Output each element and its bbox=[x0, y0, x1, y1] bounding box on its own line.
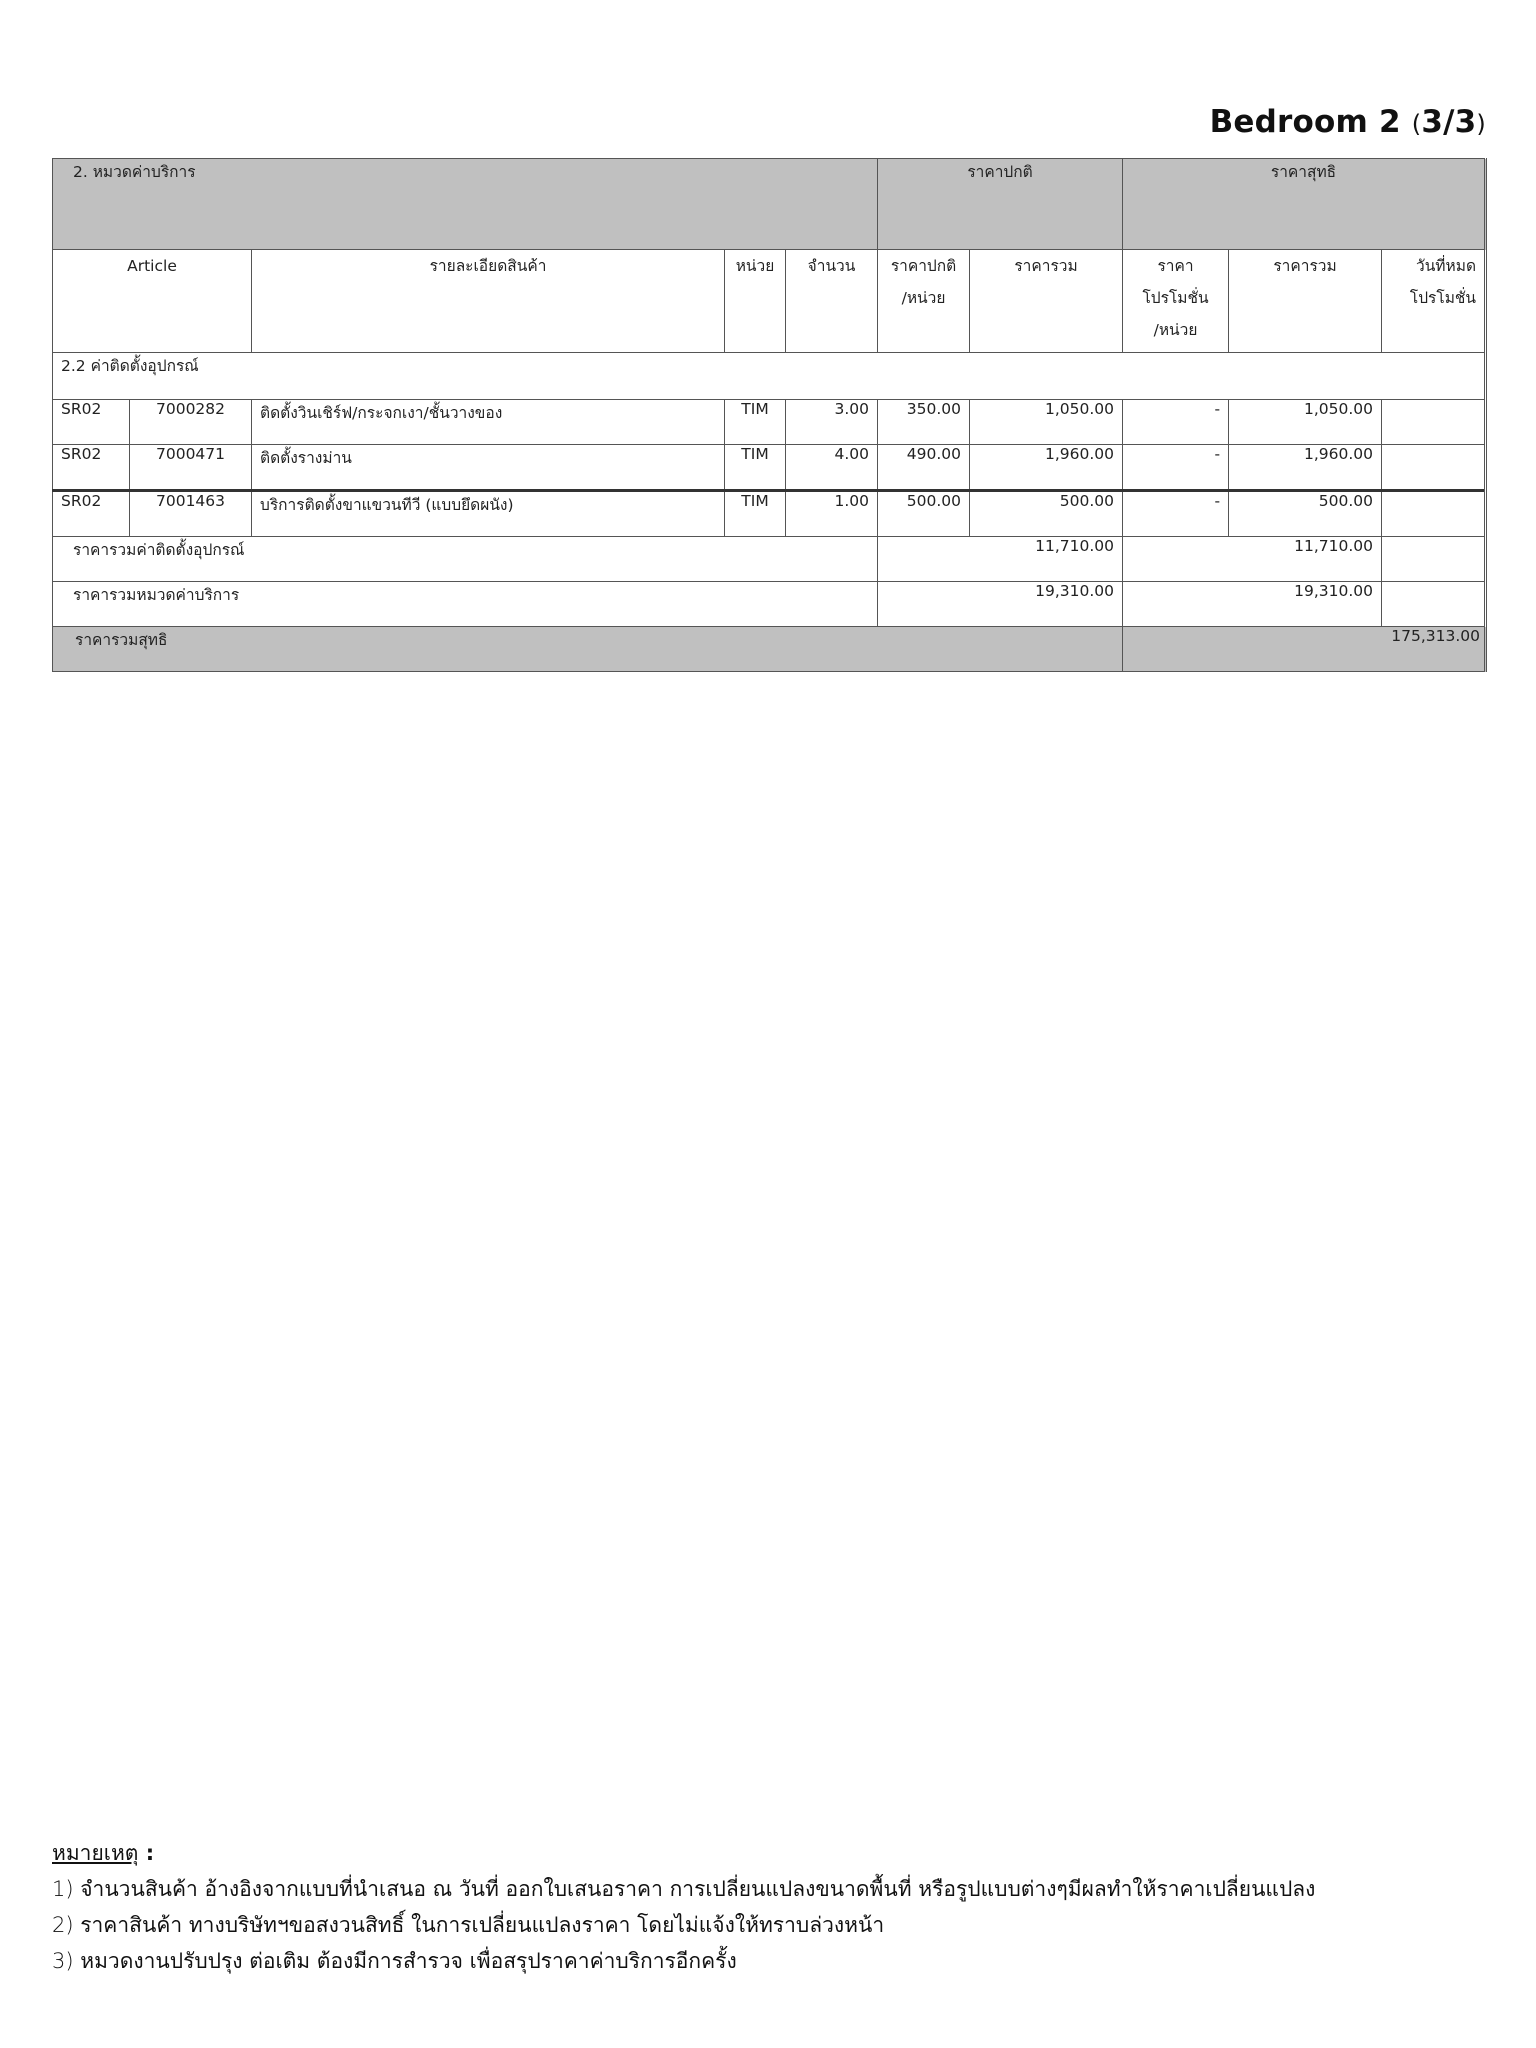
col-regular-unit-price: ราคาปกติ/หน่วย bbox=[878, 250, 970, 353]
col-quantity: จำนวน bbox=[786, 250, 878, 353]
notes: หมายเหตุ : 1) จำนวนสินค้า อ้างอิงจากแบบท… bbox=[52, 1835, 1315, 1979]
table-column-header-row: Article รายละเอียดสินค้า หน่วย จำนวน ราค… bbox=[53, 250, 1486, 353]
col-article: Article bbox=[53, 250, 252, 353]
notes-title: หมายเหตุ bbox=[52, 1841, 138, 1865]
col-promo-end: วันที่หมดโปรโมชั่น bbox=[1382, 250, 1486, 353]
subtotal-service-row: ราคารวมหมวดค่าบริการ 19,310.00 19,310.00 bbox=[53, 582, 1486, 627]
room-name: Bedroom 2 bbox=[1210, 104, 1401, 140]
note-item: 1) จำนวนสินค้า อ้างอิงจากแบบที่นำเสนอ ณ … bbox=[52, 1871, 1315, 1907]
col-unit: หน่วย bbox=[725, 250, 786, 353]
table-row: SR02 7000471 ติดตั้งรางม่าน TIM 4.00 490… bbox=[53, 445, 1486, 491]
note-item: 3) หมวดงานปรับปรุง ต่อเติม ต้องมีการสำรว… bbox=[52, 1943, 1315, 1979]
note-item: 2) ราคาสินค้า ทางบริษัทฯขอสงวนสิทธิ์ ในก… bbox=[52, 1907, 1315, 1943]
section-title: 2. หมวดค่าบริการ bbox=[53, 159, 878, 250]
grand-total-row: ราคารวมสุทธิ 175,313.00 bbox=[53, 627, 1486, 672]
table-row: SR02 7001463 บริการติดตั้งขาแขวนทีวี (แบ… bbox=[53, 491, 1486, 537]
group-net-price: ราคาสุทธิ bbox=[1123, 159, 1486, 250]
quotation-table: 2. หมวดค่าบริการ ราคาปกติ ราคาสุทธิ Arti… bbox=[52, 158, 1487, 672]
group-regular-price: ราคาปกติ bbox=[878, 159, 1123, 250]
col-promo-price: ราคาโปรโมชั่น/หน่วย bbox=[1123, 250, 1229, 353]
col-regular-total: ราคารวม bbox=[970, 250, 1123, 353]
subsection-row: 2.2 ค่าติดตั้งอุปกรณ์ bbox=[53, 353, 1486, 400]
page-indicator: 3/3 bbox=[1421, 104, 1476, 140]
subsection-title: 2.2 ค่าติดตั้งอุปกรณ์ bbox=[53, 353, 1486, 400]
col-description: รายละเอียดสินค้า bbox=[252, 250, 725, 353]
table-row: SR02 7000282 ติดตั้งวินเชิร์ฟ/กระจกเงา/ช… bbox=[53, 400, 1486, 445]
grand-total-value: 175,313.00 bbox=[1123, 627, 1486, 672]
grand-total-label: ราคารวมสุทธิ bbox=[53, 627, 1123, 672]
subtotal-install-row: ราคารวมค่าติดตั้งอุปกรณ์ 11,710.00 11,71… bbox=[53, 537, 1486, 582]
col-net-total: ราคารวม bbox=[1229, 250, 1382, 353]
page-title: Bedroom 2 (3/3) bbox=[1210, 104, 1486, 140]
table-group-header-row: 2. หมวดค่าบริการ ราคาปกติ ราคาสุทธิ bbox=[53, 159, 1486, 250]
